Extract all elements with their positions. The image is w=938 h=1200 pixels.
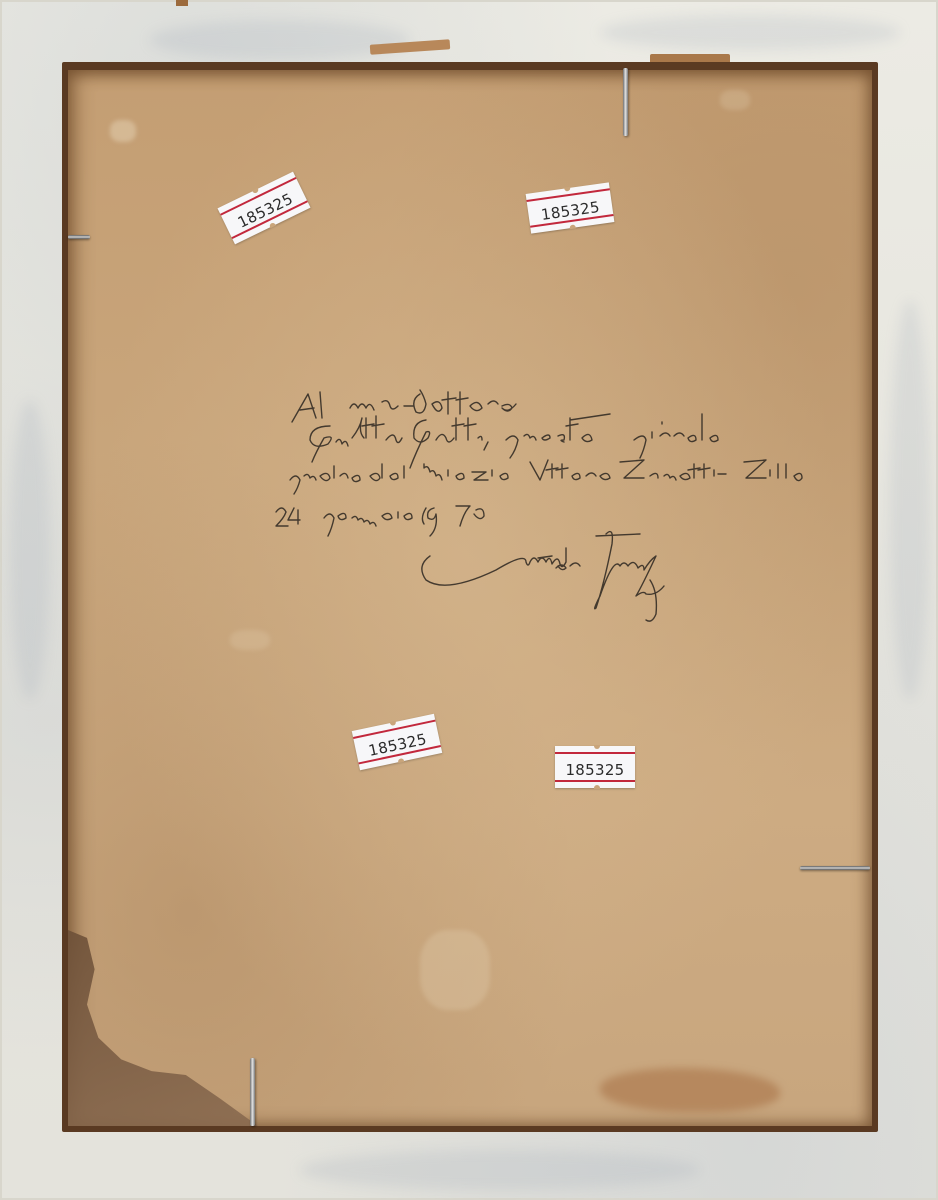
label-number: 185325 <box>367 730 429 760</box>
nail-top <box>623 68 628 136</box>
frame-paint-smudge <box>890 300 930 700</box>
board-scrape <box>230 630 270 650</box>
nail-bottom <box>250 1058 255 1126</box>
frame-wood-chip <box>176 0 188 6</box>
nail-right <box>800 866 870 870</box>
board-scrape <box>110 120 136 142</box>
handwriting-strokes <box>270 380 840 640</box>
frame-paint-smudge <box>300 1150 700 1190</box>
price-label: 185325 <box>555 746 635 788</box>
nail-left <box>68 235 90 239</box>
board-scrape <box>420 930 490 1010</box>
frame-paint-smudge <box>10 400 50 700</box>
label-number: 185325 <box>565 761 624 779</box>
frame-paint-smudge <box>600 15 900 50</box>
water-stain <box>600 1068 780 1112</box>
label-number: 185325 <box>540 198 601 224</box>
handwritten-inscription: Al mio dottore Giuditta Gatti, questo pi… <box>270 380 840 640</box>
board-scrape <box>720 90 750 110</box>
